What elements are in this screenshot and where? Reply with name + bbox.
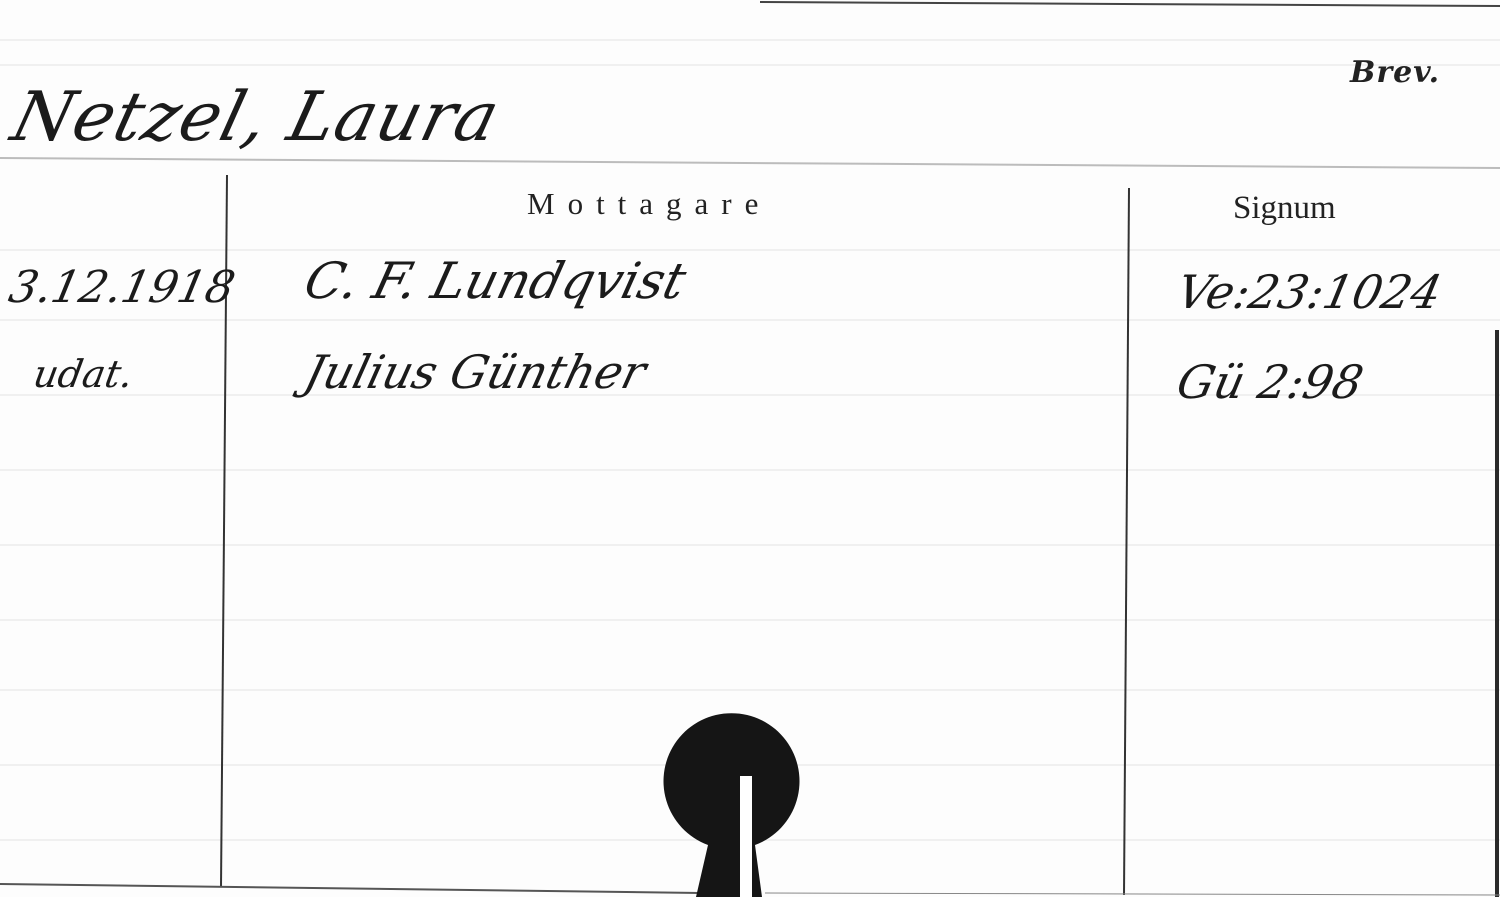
recipient-name: Julius Günther — [299, 345, 651, 399]
entry-date-note: udat. — [30, 352, 137, 396]
signum-value: Ve:23:1024 — [1172, 265, 1446, 319]
recipient-column-header: Mottagare — [527, 186, 771, 222]
entry-date: 3.12.1918 — [5, 262, 240, 313]
sender-name: Netzel, Laura — [4, 78, 507, 157]
index-card: Brev. Netzel, Laura Mottagare Signum 3.1… — [0, 0, 1500, 897]
signum-column-header: Signum — [1233, 190, 1336, 227]
signum-value: Gü 2:98 — [1172, 355, 1368, 409]
card-type-label: Brev. — [1350, 55, 1440, 90]
recipient-name: C. F. Lundqvist — [299, 252, 692, 310]
